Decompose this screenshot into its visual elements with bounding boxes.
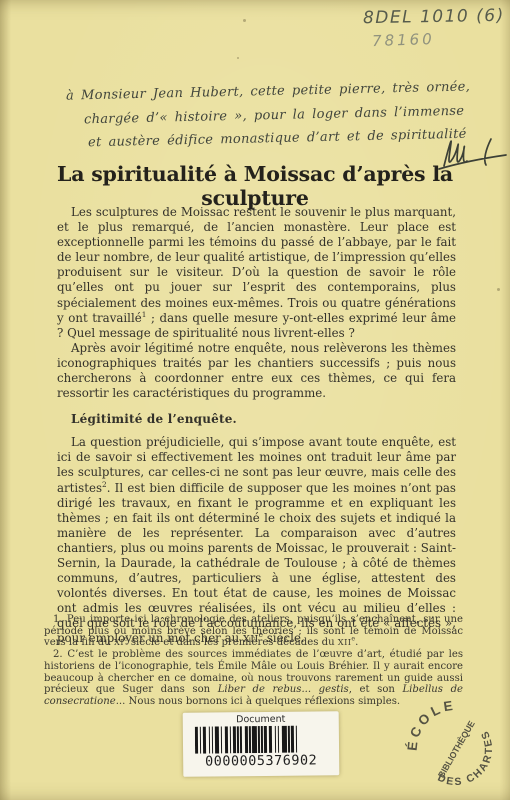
paper-speck: [497, 288, 500, 291]
article-title: La spiritualité à Moissac d’après la scu…: [0, 162, 510, 210]
body-paragraph-1: Les sculptures de Moissac restent le sou…: [57, 205, 456, 341]
accession-number-annotation: 78160: [372, 30, 435, 50]
library-stamp-graphic: ÉCOLE DES CHARTES BIBLIOTHÈQUE: [403, 699, 509, 799]
barcode-label-text: Document: [236, 714, 285, 726]
footnote-2: 2. C’est le problème des sources immédia…: [44, 649, 463, 708]
library-stamp: ÉCOLE DES CHARTES BIBLIOTHÈQUE: [403, 699, 509, 799]
dedication-line-2: chargée d’« histoire », pour la loger da…: [84, 104, 465, 128]
footnote-1: 1. Peu importe ici la chronologie des at…: [44, 614, 463, 649]
footnotes-block: 1. Peu importe ici la chronologie des at…: [44, 614, 463, 708]
barcode-number: 0000005376902: [205, 752, 317, 770]
shelf-mark-annotation: 8DEL 1010 (6): [363, 6, 505, 28]
article-body: Les sculptures de Moissac restent le sou…: [57, 205, 456, 648]
paper-speck: [243, 19, 246, 22]
scanned-document-page: 8DEL 1010 (6) 78160 à Monsieur Jean Hube…: [0, 0, 510, 800]
stamp-center-text: BIBLIOTHÈQUE: [436, 719, 477, 779]
body-paragraph-2: Après avoir légitimé notre enquête, nous…: [57, 341, 456, 401]
section-heading: Légitimité de l’enquête.: [71, 412, 456, 426]
barcode-sticker: Document 0000005376902: [183, 711, 340, 777]
dedication-line-1: à Monsieur Jean Hubert, cette petite pie…: [66, 79, 470, 103]
paper-speck: [237, 57, 239, 59]
barcode-bars: [195, 725, 327, 753]
dedication-line-3: et austère édifice monastique d’art et d…: [88, 127, 467, 151]
